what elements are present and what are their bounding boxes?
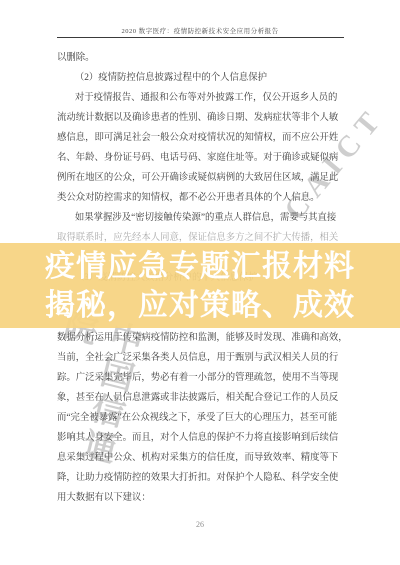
body-line: 名、年龄、身份证号码、电话号码、家庭住址等。对于确诊或疑似病 bbox=[57, 148, 346, 168]
overlay-title-line1: 疫情应急专题汇报材料 bbox=[0, 243, 400, 286]
body-line: 对于疫情报告、通报和公布等对外披露工作，仅公开返乡人员的 bbox=[57, 88, 346, 108]
header-rule bbox=[57, 37, 344, 38]
body-line: 降，让助力疫情防控的效果大打折扣。对保护个人隐私、科学安全使 bbox=[57, 468, 346, 488]
overlay-band: 疫情应急专题汇报材料 揭秘，应对策略、成效 bbox=[0, 243, 400, 328]
body-line: 而“完全被暴露”在公众视线之下，承受了巨大的心理压力，甚至可能 bbox=[57, 408, 346, 428]
overlay-title-line2: 揭秘，应对策略、成效 bbox=[0, 286, 400, 325]
body-line: 当前，全社会广泛采集各类人员信息，用于甄别与武汉相关人员的行 bbox=[57, 348, 346, 368]
body-line: 例所在地区的公众，可公开确诊或疑似病例的大致居住区域，满足此 bbox=[57, 168, 346, 188]
report-header-title: 2020 数字医疗：疫情防控新技术安全应用分析报告 bbox=[0, 26, 400, 35]
body-line: 类公众对防控需求的知情权，都不必公开患者具体的个人信息。 bbox=[57, 188, 346, 208]
body-line: 感信息，即可满足社会一般公众对疫情状况的知情权，而不应公开姓 bbox=[57, 128, 346, 148]
body-line: 踪。广泛采集完毕后，势必有着一小部分的管理疏忽，使用不当等现 bbox=[57, 368, 346, 388]
body-line: 数据分析运用于传染病疫情防控和监测，能够及时发现、准确和高效， bbox=[57, 328, 346, 348]
document-page: 2020 数字医疗：疫情防控新技术安全应用分析报告 CAICT 中国信通院 以删… bbox=[0, 0, 400, 565]
body-line: 影响其人身安全。而且，对个人信息的保护不力将直接影响到后续信 bbox=[57, 428, 346, 448]
page-number: 26 bbox=[0, 520, 400, 529]
body-line: 以删除。 bbox=[57, 48, 346, 68]
body-line: 用大数据有以下建议： bbox=[57, 488, 346, 508]
body-line: （2）疫情防控信息披露过程中的个人信息保护 bbox=[57, 68, 346, 88]
body-line: 息采集过程中公众、机构对采集方的信任度，而导致效率、精度等下 bbox=[57, 448, 346, 468]
body-line: 流动统计数据以及确诊患者的性别、确诊日期、发病症状等非个人敏 bbox=[57, 108, 346, 128]
body-line: 象，甚至在人员信息泄露或非法披露后，相关配合登记工作的人员反 bbox=[57, 388, 346, 408]
body-line: 如果掌握涉及“密切接触传染源”的重点人群信息，需要与其直接 bbox=[57, 208, 346, 228]
